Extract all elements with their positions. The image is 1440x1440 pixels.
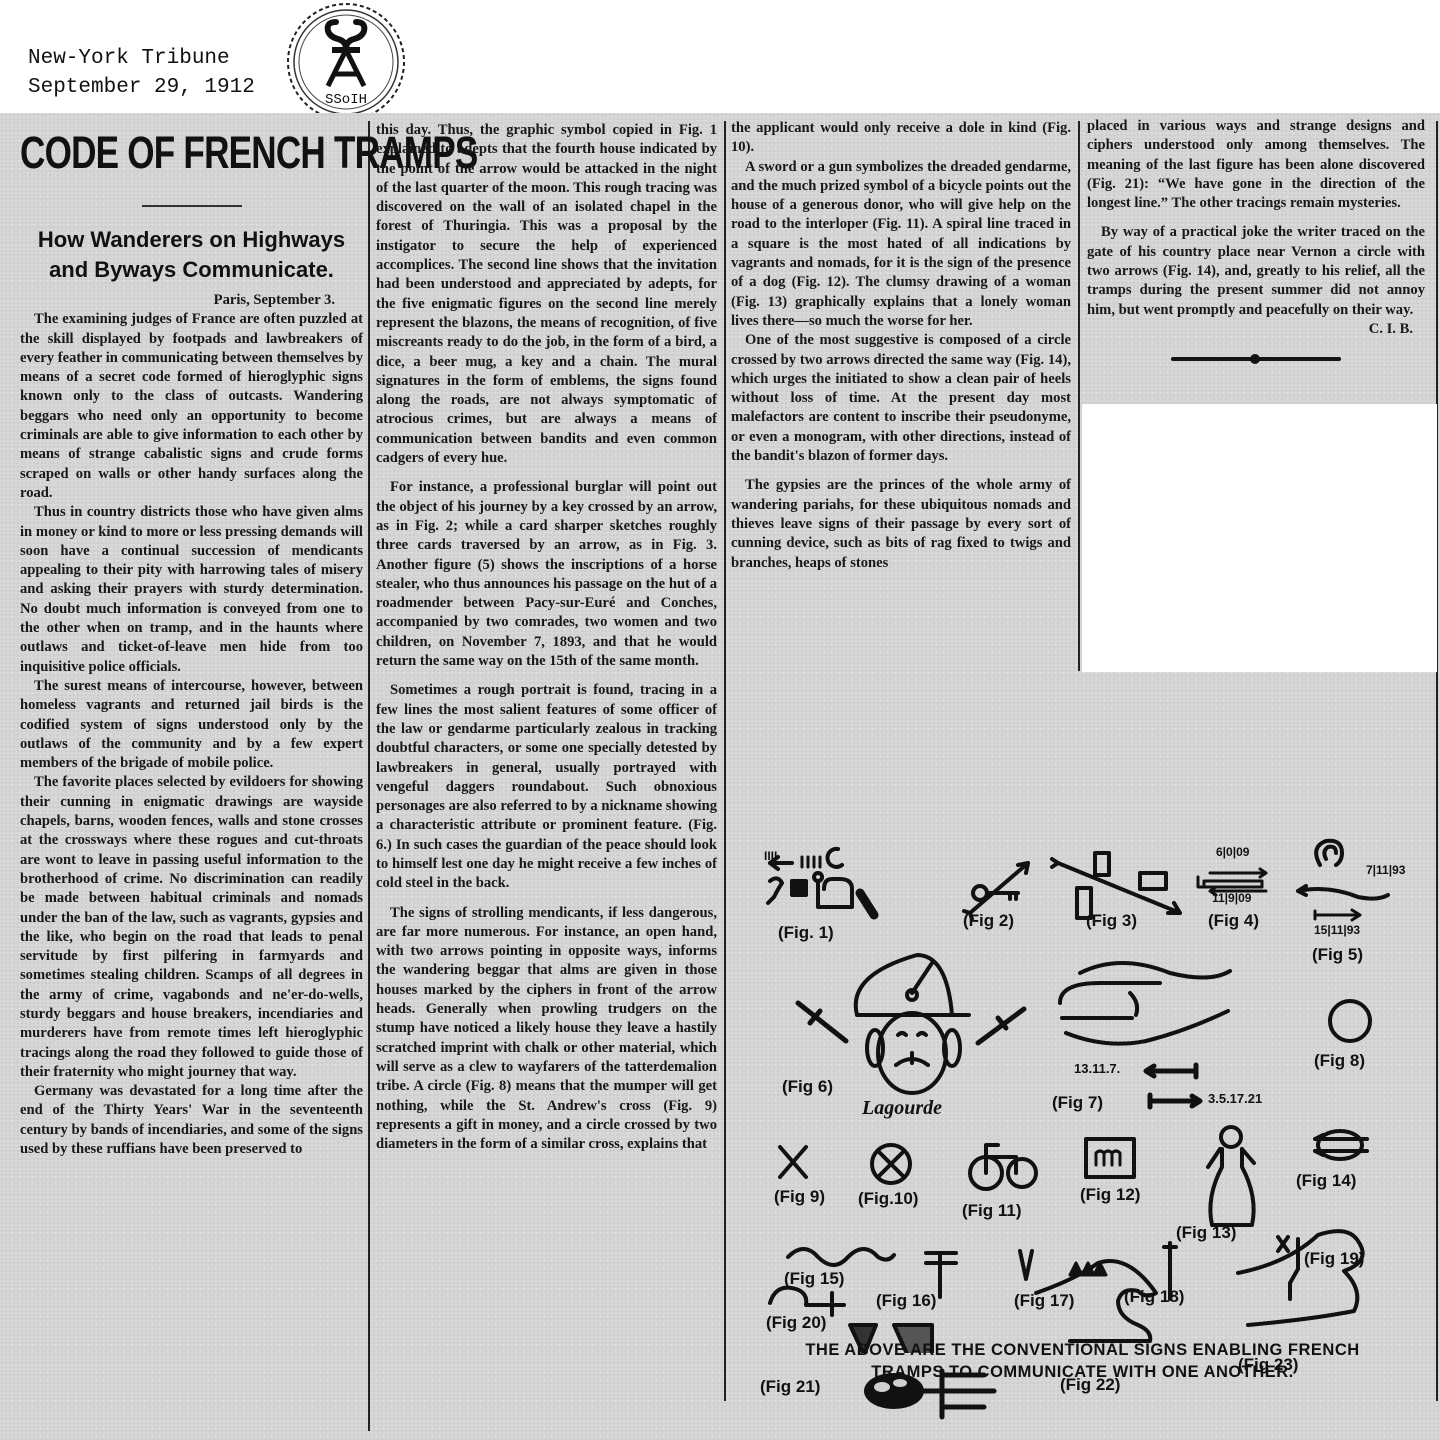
blank-region [1082, 404, 1437, 672]
column-divider [1436, 121, 1438, 1401]
source-citation: New-York Tribune September 29, 1912 [28, 44, 255, 102]
subheadline: How Wanderers on Highways and Byways Com… [20, 225, 363, 285]
article-column-3: the applicant would only receive a dole … [731, 119, 1071, 573]
fig7-label: (Fig 7) [1052, 1093, 1103, 1113]
paragraph: The examining judges of France are often… [20, 310, 363, 503]
paragraph: By way of a practical joke the writer tr… [1087, 223, 1425, 319]
fig11-bicycle-icon [970, 1145, 1036, 1189]
fig8-circle-icon [1330, 1001, 1370, 1041]
paragraph: Thus in country districts those who have… [20, 503, 363, 677]
fig9-st-andrews-cross-icon [780, 1147, 806, 1177]
fig10-label: (Fig.10) [858, 1189, 918, 1209]
fig23-hand-icon [1238, 1231, 1363, 1325]
column-divider [1078, 121, 1080, 671]
fig18-label: (Fig 18) [1124, 1287, 1184, 1307]
headline-wrap: CODE OF FRENCH TRAMPS [20, 127, 363, 179]
article-column-2: this day. Thus, the graphic symbol copie… [376, 121, 717, 1154]
paragraph: For instance, a professional burglar wil… [376, 478, 717, 671]
fig14-label: (Fig 14) [1296, 1171, 1356, 1191]
fig1-label: (Fig. 1) [778, 923, 834, 943]
fig11-label: (Fig 11) [962, 1201, 1022, 1221]
fig20-arc-cross-icon [770, 1288, 844, 1315]
fig5-label: (Fig 5) [1312, 945, 1363, 965]
fig15-label: (Fig 15) [784, 1269, 844, 1289]
dateline: Paris, September 3. [20, 291, 363, 310]
fig7-left-ciphers: 13.11.7. [1074, 1061, 1120, 1076]
headline: CODE OF FRENCH TRAMPS [20, 127, 363, 179]
fig20-label: (Fig 20) [766, 1313, 826, 1333]
paragraph-text: By way of a practical joke the writer tr… [1087, 224, 1425, 317]
author-signature: C. I. B. [1355, 320, 1425, 339]
fig6-label: (Fig 6) [782, 1077, 833, 1097]
fig6-nickname: Lagourde [862, 1097, 942, 1120]
paragraph: the applicant would only receive a dole … [731, 119, 1071, 158]
tramp-signs-illustration: (Fig. 1) (Fig 2) (Fig 3) (Fig 4) (Fig 5)… [730, 673, 1435, 1440]
publication-name: New-York Tribune [28, 44, 255, 73]
fig12-label: (Fig 12) [1080, 1185, 1140, 1205]
fig6-gendarme-portrait-icon [798, 955, 1024, 1093]
fig7-open-hand-arrows-icon [1060, 963, 1230, 1107]
article-column-4: placed in various ways and strange desig… [1087, 117, 1425, 361]
fig19-branch-icon [1278, 1237, 1298, 1299]
fig14-circle-two-arrows-icon [1315, 1131, 1367, 1159]
svg-text:SSoIH: SSoIH [325, 92, 367, 108]
fig4-date-bottom: 11|9|09 [1212, 891, 1251, 905]
fig17-label: (Fig 17) [1014, 1291, 1074, 1311]
fig13-label: (Fig 13) [1176, 1223, 1236, 1243]
fig3-label: (Fig 3) [1086, 911, 1137, 931]
paragraph: placed in various ways and strange desig… [1087, 117, 1425, 213]
fig5-horseshoe-icon [1298, 841, 1388, 920]
fig1-tally: IIII [764, 849, 777, 863]
illustration-caption: THE ABOVE ARE THE CONVENTIONAL SIGNS ENA… [730, 1339, 1435, 1383]
paragraph: The favorite places selected by evildoer… [20, 773, 363, 1082]
column-divider [368, 121, 370, 1431]
fig7-right-ciphers: 3.5.17.21 [1208, 1091, 1262, 1106]
stamp-logo-icon: SSoIH [284, 0, 408, 124]
paragraph: The surest means of intercourse, however… [20, 677, 363, 773]
paragraph: Sometimes a rough portrait is found, tra… [376, 681, 717, 893]
fig8-label: (Fig 8) [1314, 1051, 1365, 1071]
subheadline-line-1: How Wanderers on Highways [20, 225, 363, 255]
fig4-label: (Fig 4) [1208, 911, 1259, 931]
fig19-label: (Fig 19) [1304, 1249, 1364, 1269]
fig1-burglary-plan-icon [768, 849, 874, 915]
publication-date: September 29, 1912 [28, 73, 255, 102]
fig10-crossed-circle-icon [872, 1145, 910, 1183]
fig5-date-bottom: 15|11|93 [1314, 923, 1360, 937]
fig15-wave-icon [788, 1249, 894, 1265]
paragraph: One of the most suggestive is composed o… [731, 331, 1071, 466]
headline-rule [142, 205, 242, 207]
fig9-label: (Fig 9) [774, 1187, 825, 1207]
fig16-label: (Fig 16) [876, 1291, 936, 1311]
fig5-date-top: 7|11|93 [1366, 863, 1405, 877]
paragraph: this day. Thus, the graphic symbol copie… [376, 121, 717, 468]
fig12-dog-square-icon [1086, 1139, 1134, 1177]
paragraph: A sword or a gun symbolizes the dreaded … [731, 158, 1071, 332]
fig4-date-top: 6|0|09 [1216, 845, 1249, 859]
paragraph: Germany was devastated for a long time a… [20, 1082, 363, 1159]
paragraph: The signs of strolling mendicants, if le… [376, 904, 717, 1155]
fig13-woman-icon [1208, 1127, 1254, 1225]
fig2-label: (Fig 2) [963, 911, 1014, 931]
archive-stamp: SSoIH [284, 0, 408, 124]
article-column-1: CODE OF FRENCH TRAMPS How Wanderers on H… [20, 113, 363, 1159]
end-of-article-rule [1171, 357, 1341, 361]
newspaper-clipping: CODE OF FRENCH TRAMPS How Wanderers on H… [0, 113, 1440, 1440]
subheadline-line-2: and Byways Communicate. [20, 255, 363, 285]
fig3-cards-arrow-icon [1052, 853, 1180, 918]
caption-line-2: TRAMPS TO COMMUNICATE WITH ONE ANOTHER. [730, 1361, 1435, 1383]
paragraph: The gypsies are the princes of the whole… [731, 476, 1071, 572]
column-divider [724, 121, 726, 1401]
caption-line-1: THE ABOVE ARE THE CONVENTIONAL SIGNS ENA… [730, 1339, 1435, 1361]
